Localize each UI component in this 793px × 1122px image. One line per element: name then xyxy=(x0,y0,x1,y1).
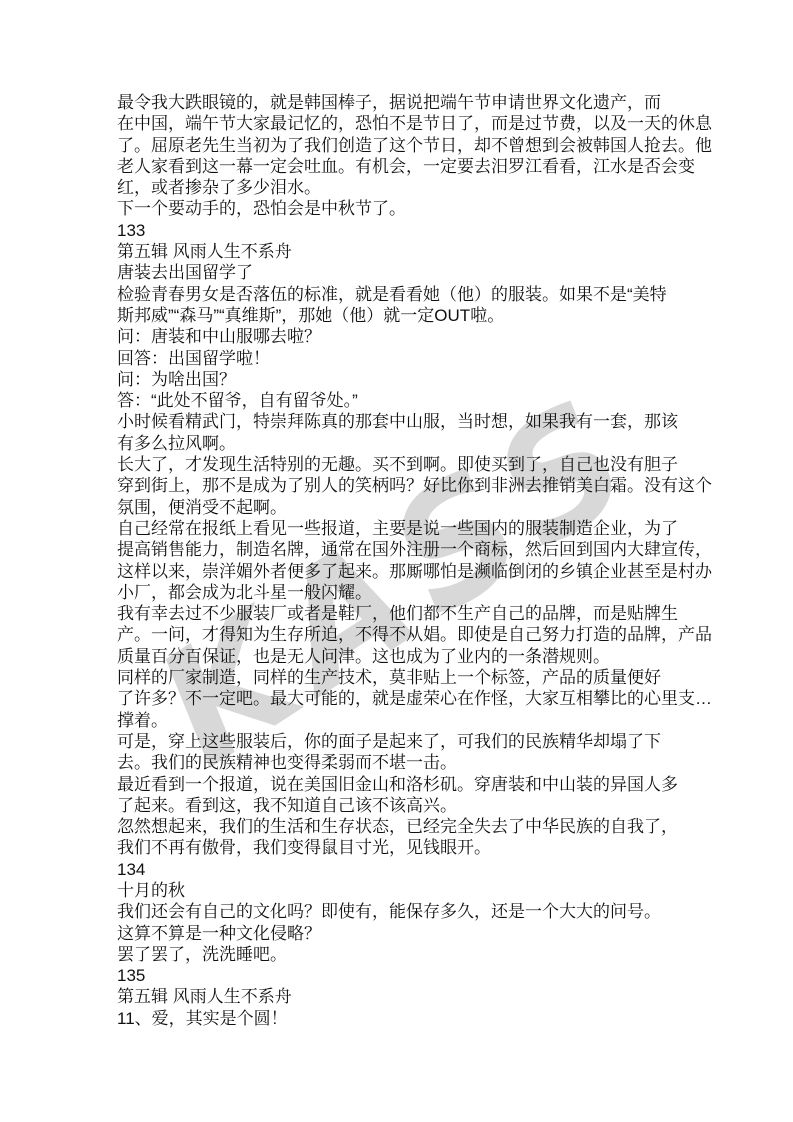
body-line: 我有幸去过不少服装厂或者是鞋厂，他们都不生产自己的品牌，而是贴牌生 xyxy=(117,603,737,624)
body-line: 了。屈原老先生当初为了我们创造了这个节日，却不曾想到会被韩国人抢去。他 xyxy=(117,135,737,156)
body-line: 下一个要动手的，恐怕会是中秋节了。 xyxy=(117,198,737,219)
body-line: 问：为啥出国？ xyxy=(117,369,737,390)
page-number: 134 xyxy=(117,859,737,880)
body-line: 答：“此处不留爷，自有留爷处。” xyxy=(117,390,737,411)
body-line: 我们还会有自己的文化吗？即使有，能保存多久，还是一个大大的问号。 xyxy=(117,901,737,922)
page-number: 135 xyxy=(117,965,737,986)
body-line: 最令我大跌眼镜的，就是韩国棒子，据说把端午节申请世界文化遗产，而 xyxy=(117,92,737,113)
body-line: 这样以来，崇洋媚外者便多了起来。那厮哪怕是濒临倒闭的乡镇企业甚至是村办 xyxy=(117,561,737,582)
body-line: 小厂，都会成为北斗星一般闪耀。 xyxy=(117,582,737,603)
text-block: 最令我大跌眼镜的，就是韩国棒子，据说把端午节申请世界文化遗产，而在中国，端午节大… xyxy=(117,92,737,1029)
body-line: 氛围，便消受不起啊。 xyxy=(117,497,737,518)
body-line: 质量百分百保证，也是无人问津。这也成为了业内的一条潜规则。 xyxy=(117,646,737,667)
body-line: 忽然想起来，我们的生活和生存状态，已经完全失去了中华民族的自我了， xyxy=(117,816,737,837)
body-line: 了起来。看到这，我不知道自己该不该高兴。 xyxy=(117,795,737,816)
body-line: 斯邦威”“森马”“真维斯”，那她（他）就一定OUT啦。 xyxy=(117,305,737,326)
body-line: 撑着。 xyxy=(117,710,737,731)
section-title: 十月的秋 xyxy=(117,880,737,901)
body-line: 最近看到一个报道，说在美国旧金山和洛杉矶。穿唐装和中山装的异国人多 xyxy=(117,774,737,795)
body-line: 长大了，才发现生活特别的无趣。买不到啊。即使买到了，自己也没有胆子 xyxy=(117,454,737,475)
body-line: 回答：出国留学啦！ xyxy=(117,348,737,369)
document-page: KASS 最令我大跌眼镜的，就是韩国棒子，据说把端午节申请世界文化遗产，而在中国… xyxy=(0,0,793,1122)
body-line: 检验青春男女是否落伍的标准，就是看看她（他）的服装。如果不是“美特 xyxy=(117,284,737,305)
body-line: 提高销售能力，制造名牌，通常在国外注册一个商标，然后回到国内大肆宣传， xyxy=(117,539,737,560)
page-number: 133 xyxy=(117,220,737,241)
section-title: 唐装去出国留学了 xyxy=(117,262,737,283)
body-line: 这算不算是一种文化侵略？ xyxy=(117,923,737,944)
section-title: 11、爱，其实是个圆！ xyxy=(117,1008,737,1029)
body-line: 红，或者掺杂了多少泪水。 xyxy=(117,177,737,198)
body-line: 自己经常在报纸上看见一些报道，主要是说一些国内的服装制造企业，为了 xyxy=(117,518,737,539)
body-line: 产。一问，才得知为生存所迫，不得不从娼。即使是自己努力打造的品牌，产品 xyxy=(117,624,737,645)
body-line: 穿到街上，那不是成为了别人的笑柄吗？好比你到非洲去推销美白霜。没有这个 xyxy=(117,475,737,496)
body-line: 可是，穿上这些服装后，你的面子是起来了，可我们的民族精华却塌了下 xyxy=(117,731,737,752)
body-line: 我们不再有傲骨，我们变得鼠目寸光，见钱眼开。 xyxy=(117,837,737,858)
body-line: 同样的厂家制造，同样的生产技术，莫非贴上一个标签，产品的质量便好 xyxy=(117,667,737,688)
body-line: 小时候看精武门，特崇拜陈真的那套中山服，当时想，如果我有一套，那该 xyxy=(117,411,737,432)
body-line: 问：唐装和中山服哪去啦？ xyxy=(117,326,737,347)
body-line: 罢了罢了，洗洗睡吧。 xyxy=(117,944,737,965)
body-line: 在中国，端午节大家最记忆的，恐怕不是节日了，而是过节费，以及一天的休息 xyxy=(117,113,737,134)
chapter-heading: 第五辑 风雨人生不系舟 xyxy=(117,241,737,262)
chapter-heading: 第五辑 风雨人生不系舟 xyxy=(117,986,737,1007)
body-line: 老人家看到这一幕一定会吐血。有机会，一定要去汨罗江看看，江水是否会变 xyxy=(117,156,737,177)
body-line: 有多么拉风啊。 xyxy=(117,433,737,454)
body-line: 去。我们的民族精神也变得柔弱而不堪一击。 xyxy=(117,752,737,773)
body-line: 了许多？不一定吧。最大可能的，就是虚荣心在作怪，大家互相攀比的心里支… xyxy=(117,688,737,709)
